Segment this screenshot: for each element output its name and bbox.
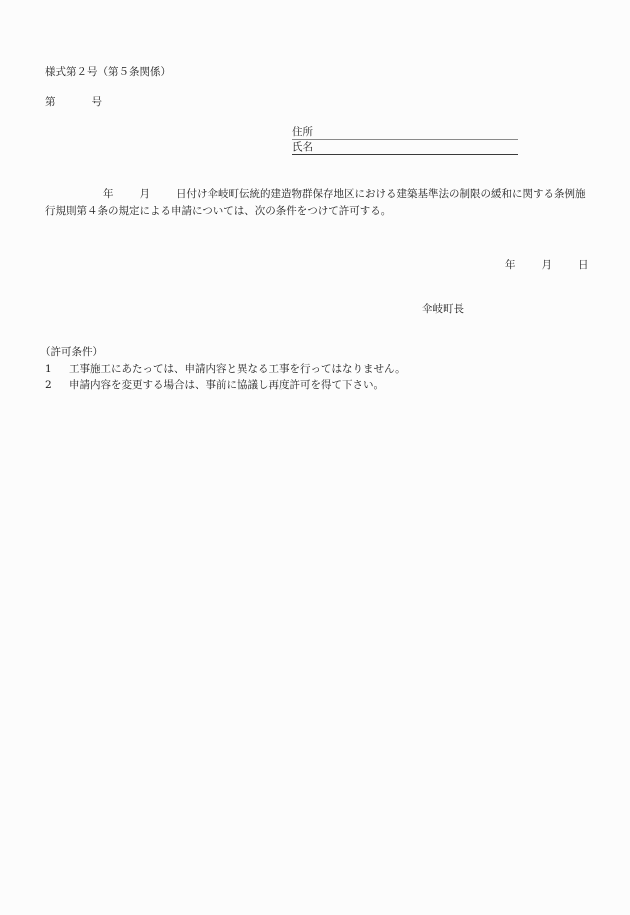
conditions-list: 1工事施工にあたっては、申請内容と異なる工事を行ってはなりません。 2申請内容を… (45, 361, 406, 393)
issue-day: 日 (578, 259, 589, 271)
condition-number: 1 (45, 361, 69, 377)
permit-body-text: 年月日付け伞岐町伝統的建造物群保存地区における建築基準法の制限の緩和に関する条例… (45, 186, 595, 220)
doc-number-prefix: 第 (45, 96, 56, 108)
condition-number: 2 (45, 377, 69, 393)
issue-date: 年月日 (505, 260, 589, 271)
condition-item: 1工事施工にあたっては、申請内容と異なる工事を行ってはなりません。 (45, 361, 406, 377)
condition-item: 2申請内容を変更する場合は、事前に協議し再度許可を得て下さい。 (45, 377, 406, 393)
issue-year: 年 (505, 259, 516, 271)
body-year: 年 (103, 188, 114, 200)
form-number: 様式第２号（第５条関係） (45, 67, 171, 78)
name-field: 氏名 (292, 142, 518, 155)
issue-month: 月 (542, 259, 553, 271)
doc-number-suffix: 号 (92, 96, 103, 108)
issuer-name: 伞岐町長 (422, 304, 464, 315)
document-number: 第号 (45, 97, 102, 108)
address-label: 住所 (292, 126, 313, 138)
condition-text: 申請内容を変更する場合は、事前に協議し再度許可を得て下さい。 (69, 379, 384, 391)
body-main-text: 日付け伞岐町伝統的建造物群保存地区における建築基準法の制限の緩和に関する条例施行… (45, 188, 586, 217)
conditions-title: （許可条件） (40, 347, 103, 358)
address-field: 住所 (292, 127, 518, 140)
condition-text: 工事施工にあたっては、申請内容と異なる工事を行ってはなりません。 (69, 363, 406, 375)
body-month: 月 (140, 188, 151, 200)
name-label: 氏名 (292, 141, 313, 153)
